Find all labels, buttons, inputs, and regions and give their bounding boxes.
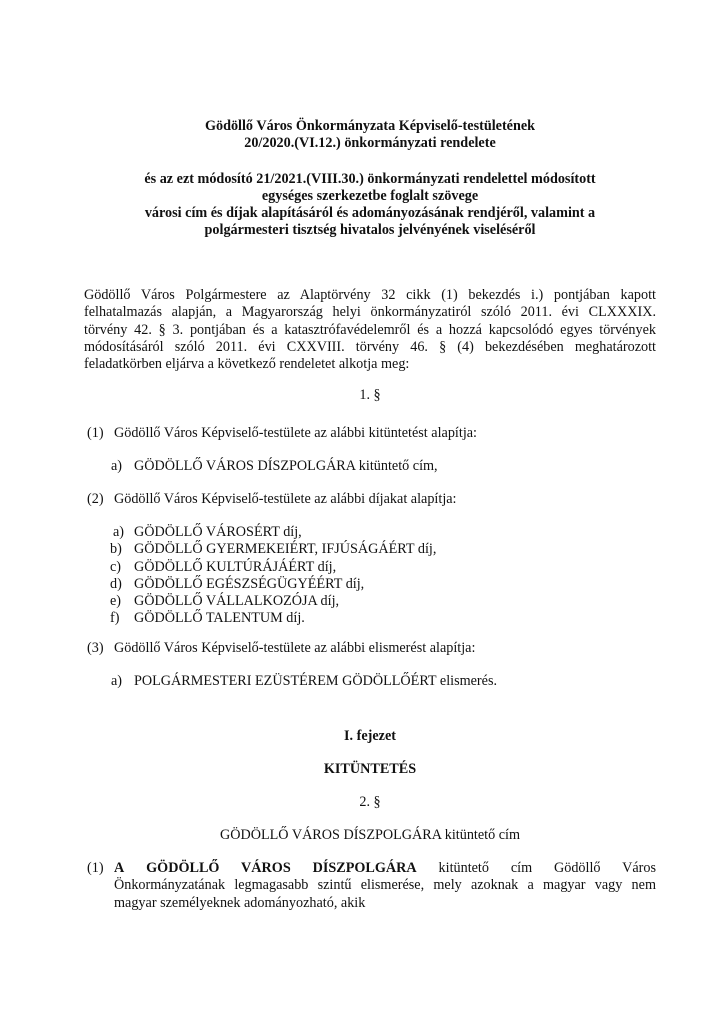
- prize-name: GÖDÖLLŐ EGÉSZSÉGÜGYÉÉRT: [134, 576, 342, 592]
- prize-type: díj.: [283, 610, 305, 626]
- preamble-line-5: feladatkörben eljárva a következő rendel…: [84, 356, 656, 373]
- prize-name: GÖDÖLLŐ GYERMEKEIÉRT, IFJÚSÁGÁÉRT: [134, 541, 414, 557]
- paragraph-number: (1): [87, 425, 104, 441]
- list-item: a) GÖDÖLLŐ VÁROS DÍSZPOLGÁRA kitüntető c…: [111, 458, 122, 475]
- list-item: a) POLGÁRMESTERI EZÜSTÉREM GÖDÖLLŐÉRT el…: [111, 673, 122, 690]
- preamble-line-3: törvény 42. § 3. pontjában és a katasztr…: [84, 322, 656, 339]
- paragraph-text: Gödöllő Város Képviselő-testülete az alá…: [114, 640, 475, 657]
- document-subtitle: és az ezt módosító 21/2021.(VIII.30.) ön…: [84, 171, 656, 239]
- paragraph-line-1-rest: kitüntető cím Gödöllő Város: [439, 860, 656, 876]
- subtitle-line-2: egységes szerkezetbe foglalt szövege: [84, 188, 656, 205]
- paragraph-text: Gödöllő Város Képviselő-testülete az alá…: [114, 491, 457, 508]
- chapter-number: I. fejezet: [84, 728, 656, 745]
- list-label: a): [111, 458, 122, 474]
- preamble-line-1: Gödöllő Város Polgármestere az Alaptörvé…: [84, 287, 656, 304]
- list-label: c): [110, 559, 121, 576]
- list-label: e): [110, 593, 121, 610]
- prize-name: GÖDÖLLŐ KULTÚRÁJÁÉRT: [134, 559, 314, 575]
- document-title: Gödöllő Város Önkormányzata Képviselő-te…: [84, 118, 656, 152]
- chapter-title: KITÜNTETÉS: [84, 761, 656, 778]
- paragraph-number: (3): [87, 640, 104, 656]
- list-label: f): [110, 610, 119, 627]
- prize-name: GÖDÖLLŐ VÁROSÉRT: [134, 524, 280, 540]
- recognition-name: POLGÁRMESTERI EZÜSTÉREM GÖDÖLLŐÉRT: [134, 673, 436, 689]
- subtitle-line-3: városi cím és díjak alapításáról és adom…: [84, 205, 656, 222]
- preamble: Gödöllő Város Polgármestere az Alaptörvé…: [84, 287, 656, 373]
- list-label: a): [113, 524, 124, 541]
- prize-type: díj,: [314, 559, 336, 575]
- recognition-type: elismerés.: [436, 673, 497, 689]
- award-name-bold: GÖDÖLLŐ VÁROS DÍSZPOLGÁRA: [146, 860, 417, 876]
- preamble-line-2: felhatalmazás alapján, a Magyarország he…: [84, 304, 656, 321]
- subtitle-line-4: polgármesteri tisztség hivatalos jelvény…: [84, 222, 656, 239]
- list-label: b): [110, 541, 122, 558]
- section-1-heading: 1. §: [84, 387, 656, 404]
- paragraph-line-1: A GÖDÖLLŐ VÁROS DÍSZPOLGÁRA kitüntető cí…: [114, 860, 656, 877]
- list-label: a): [111, 673, 122, 689]
- prize-type: díj,: [280, 524, 302, 540]
- section-1-paragraph-1: (1) Gödöllő Város Képviselő-testülete az…: [87, 425, 104, 442]
- paragraph-number: (1): [87, 860, 104, 877]
- paragraph-line-3: magyar személyeknek adományozható, akik: [114, 895, 656, 912]
- list-label: d): [110, 576, 122, 593]
- prize-type: díj,: [414, 541, 436, 557]
- title-line-1: Gödöllő Város Önkormányzata Képviselő-te…: [84, 118, 656, 135]
- paragraph-lead: A: [114, 860, 124, 876]
- award-type: kitüntető cím,: [355, 458, 437, 474]
- paragraph-text: Gödöllő Város Képviselő-testülete az alá…: [114, 425, 477, 442]
- prize-type: díj,: [342, 576, 364, 592]
- preamble-line-4: módosításáról szóló 2011. évi CXXVIII. t…: [84, 339, 656, 356]
- paragraph-number: (2): [87, 491, 104, 507]
- subtitle-line-1: és az ezt módosító 21/2021.(VIII.30.) ön…: [84, 171, 656, 188]
- paragraph-line-2: Önkormányzatának legmagasabb szintű elis…: [114, 877, 656, 894]
- prize-type: díj,: [317, 593, 339, 609]
- prize-name: GÖDÖLLŐ VÁLLALKOZÓJA: [134, 593, 317, 609]
- section-1-paragraph-2: (2) Gödöllő Város Képviselő-testülete az…: [87, 491, 104, 508]
- section-1-paragraph-3: (3) Gödöllő Város Képviselő-testülete az…: [87, 640, 104, 657]
- section-2-heading: 2. §: [84, 794, 656, 811]
- award-name: GÖDÖLLŐ VÁROS DÍSZPOLGÁRA: [134, 458, 355, 474]
- prize-name: GÖDÖLLŐ TALENTUM: [134, 610, 283, 626]
- section-2-subheading: GÖDÖLLŐ VÁROS DÍSZPOLGÁRA kitüntető cím: [84, 827, 656, 844]
- title-line-2: 20/2020.(VI.12.) önkormányzati rendelete: [84, 135, 656, 152]
